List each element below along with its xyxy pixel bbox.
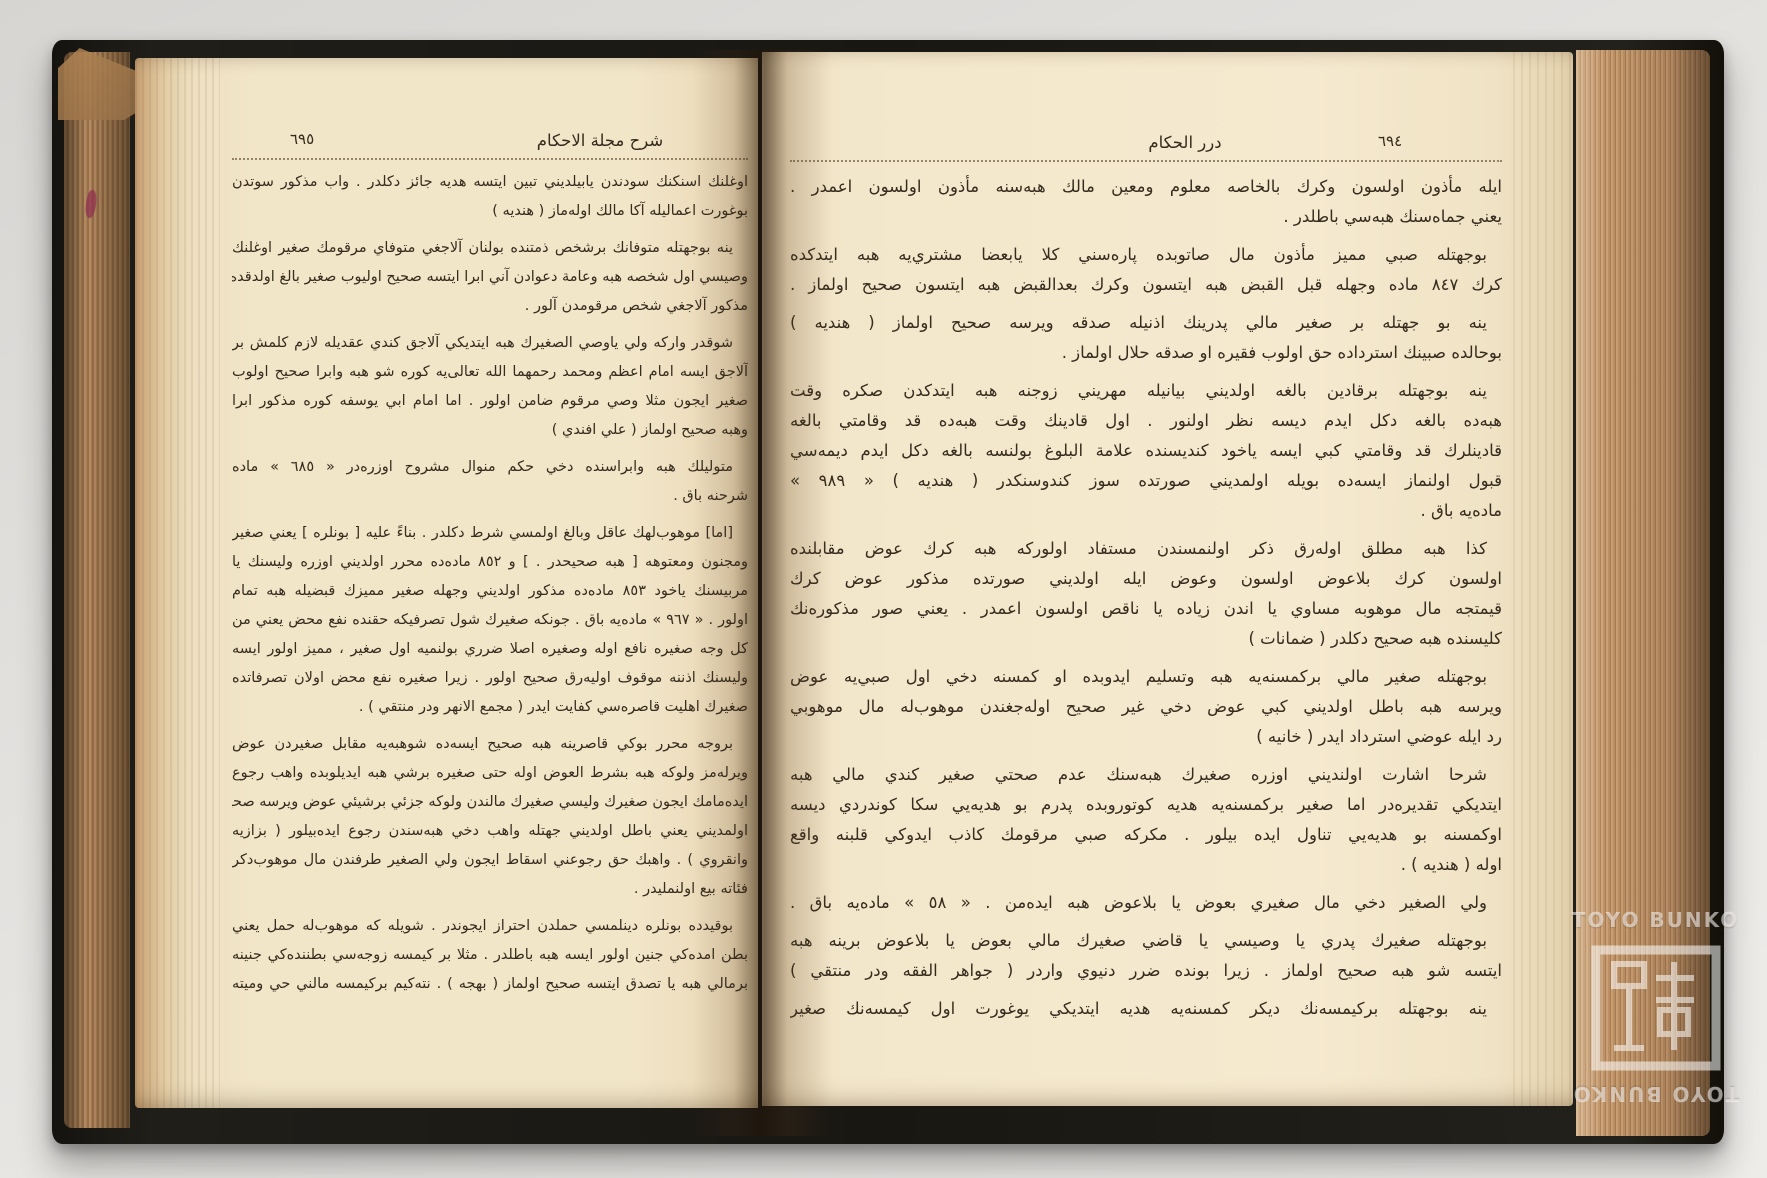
text-line: [اما] موهوب‌لهك عاقل وبالغ اولمسي شرط دك…: [232, 519, 748, 548]
text-line: وهبه صحيح اولماز ( علي افندي ): [232, 416, 748, 445]
right-page-header: درر الحكام ٦٩٤: [790, 132, 1502, 158]
text-line: كرك ٨٤٧ ماده وجهله قبل القبض هبه ايتسون …: [790, 270, 1502, 300]
text-line: ينه بوجهتله برقادين بالغه اولديني بيانيل…: [790, 376, 1502, 406]
text-line: يعني جماه‌سنك هبه‌سي باطلدر .: [790, 202, 1502, 232]
text-line: اوغلنك اسنكنك سودندن يابيلديني تبين ايتس…: [232, 168, 748, 197]
page-edges-right: [1576, 50, 1710, 1136]
text-line: بوقيدده بونلره دينلمسي حملدن احتراز ايجو…: [232, 912, 748, 941]
text-line: اولسون كرك بلاعوض اولسون وعوض ايله اولدي…: [790, 564, 1502, 594]
text-line: اولور . « ٩٦٧ » ماده‌يه باق . جونكه صغير…: [232, 606, 748, 635]
left-page-text: اوغلنك اسنكنك سودندن يابيلديني تبين ايتس…: [232, 168, 748, 999]
text-line: اولمديني يعني باطل اولديني جهتله واهب دخ…: [232, 817, 748, 846]
text-line: ايده‌مامك ايجون صغيرك وليسي صغيرك مالندن…: [232, 788, 748, 817]
text-line: بوجهتله صبي مميز مأذون مال صاتوبده پاره‌…: [790, 240, 1502, 270]
text-line: آلاجق ايسه امام اعظم ومحمد رحمهما الله ت…: [232, 358, 748, 387]
text-line: اوكمسنه بو هديه‌يي تناول ايده بيلور . مك…: [790, 820, 1502, 850]
text-line: ومجنون ومعتوهه [ هبه صحيحدر . ] و ٨٥٢ ما…: [232, 548, 748, 577]
text-line: قيمتجه مال موهوبه مساوي يا اندن زياده يا…: [790, 594, 1502, 624]
text-line: اوله ( هنديه ) .: [790, 850, 1502, 880]
text-line: برمالي هبه يا تصدق ايتسه صحيح اولماز ( ب…: [232, 970, 748, 999]
header-rule: [790, 160, 1502, 162]
text-line: ايتديكي تقديره‌در اما صغير بركمسنه‌يه هد…: [790, 790, 1502, 820]
text-line: ولي الصغير دخي مال صغيري بعوض يا بلاعوض …: [790, 888, 1502, 918]
text-line: صغيرك اهليت قاصره‌سي كفايت ايدر ( مجمع ا…: [232, 693, 748, 722]
text-line: ايتسه شو هبه صحيح اولماز . زيرا بونده ضر…: [790, 956, 1502, 986]
left-page-title: شرح مجلة الاحكام: [537, 131, 663, 150]
text-line: هبه‌ده بالغه دكل ايدم ديسه نظر اولنور . …: [790, 406, 1502, 436]
open-book: ٦٩٥ شرح مجلة الاحكام اوغلنك اسنكنك سودند…: [52, 40, 1724, 1144]
text-line: قادينلرك قد وقامتي كبي ايسه ياخود كنديسن…: [790, 436, 1502, 466]
text-line: رد ايله عوضي استرداد ايدر ( خانيه ): [790, 722, 1502, 752]
text-line: ويرسه هبه باطل اولديني كبي عوض دخي غير ص…: [790, 692, 1502, 722]
text-line: بوجهتله صغير مالي بركمسنه‌يه هبه وتسليم …: [790, 662, 1502, 692]
text-line: مربيسنك ياخود ٨٥٣ ماده‌ده مذكور اولديني …: [232, 577, 748, 606]
left-page: ٦٩٥ شرح مجلة الاحكام اوغلنك اسنكنك سودند…: [135, 58, 758, 1108]
text-line: صغير ايجون مثلا وصي مرقوم ضامن اولور . ا…: [232, 387, 748, 416]
text-line: قبول اولنماز ايسه‌ده بويله اولمديني صورت…: [790, 466, 1502, 496]
book-photo-scene: { "left_page": { "number": "٦٩٥", "title…: [0, 0, 1767, 1178]
text-line: متوليلك هبه وابراسنده دخي حكم منوال مشرو…: [232, 453, 748, 482]
text-line: ينه بوجهتله متوفانك برشخص ذمتنده بولنان …: [232, 234, 748, 263]
text-line: بروجه محرر بوكي قاصرينه هبه صحيح ايسه‌ده…: [232, 730, 748, 759]
text-line: كليسنده هبه صحيح دكلدر ( ضمانات ): [790, 624, 1502, 654]
right-page: درر الحكام ٦٩٤ ايله مأذون اولسون وكرك با…: [762, 52, 1573, 1106]
text-line: بوجهتله صغيرك پدري يا وصيسي يا قاضي صغير…: [790, 926, 1502, 956]
text-line: وانقروي ) . واهبك حق رجوعني اسقاط ايجون …: [232, 846, 748, 875]
text-line: ماده‌يه باق .: [790, 496, 1502, 526]
right-page-number: ٦٩٤: [1378, 132, 1402, 150]
right-page-text: ايله مأذون اولسون وكرك بالخاصه معلوم ومع…: [790, 172, 1502, 1024]
text-line: ويرله‌مز ولوكه هبه بشرط العوض اوله حتى ص…: [232, 759, 748, 788]
text-line: شوقدر واركه ولي ياوصي الصغيرك هبه ايتديك…: [232, 329, 748, 358]
text-line: كل وجه صغيره نافع اوله وصغيره اصلا ضرري …: [232, 635, 748, 664]
text-line: وليسنك اذننه موقوف اوليه‌رق صحيح اولور .…: [232, 664, 748, 693]
text-line: بطن امده‌كي جنين اولور ايسه هبه باطلدر .…: [232, 941, 748, 970]
text-line: شرحنه باق .: [232, 482, 748, 511]
text-line: ايله مأذون اولسون وكرك بالخاصه معلوم ومع…: [790, 172, 1502, 202]
left-page-header: ٦٩٥ شرح مجلة الاحكام: [232, 130, 748, 156]
left-page-number: ٦٩٥: [290, 130, 314, 148]
header-rule: [232, 158, 748, 160]
text-line: فئاته بيع اولنمليدر .: [232, 875, 748, 904]
text-line: ينه بوجهتله بركيمسه‌نك ديكر كمسنه‌يه هدي…: [790, 994, 1502, 1024]
page-edges-left: [64, 52, 130, 1128]
text-line: وصيسي اول شخصه هبه وعامة دعوادن آني ابرا…: [232, 263, 748, 292]
right-page-title: درر الحكام: [1148, 133, 1221, 152]
text-line: بوغورت اعماليله آكا مالك اوله‌ماز ( هندي…: [232, 197, 748, 226]
text-line: كذا هبه مطلق اوله‌رق ذكر اولنمسندن مستفا…: [790, 534, 1502, 564]
text-line: شرحا اشارت اولنديني اوزره صغيرك هبه‌سنك …: [790, 760, 1502, 790]
text-line: بوحالده صبينك استرداده حق اولوب فقيره او…: [790, 338, 1502, 368]
text-line: ينه بو جهتله بر صغير مالي پدرينك اذنيله …: [790, 308, 1502, 338]
text-line: مذكور آلاجغي شخص مرقومدن آلور .: [232, 292, 748, 321]
